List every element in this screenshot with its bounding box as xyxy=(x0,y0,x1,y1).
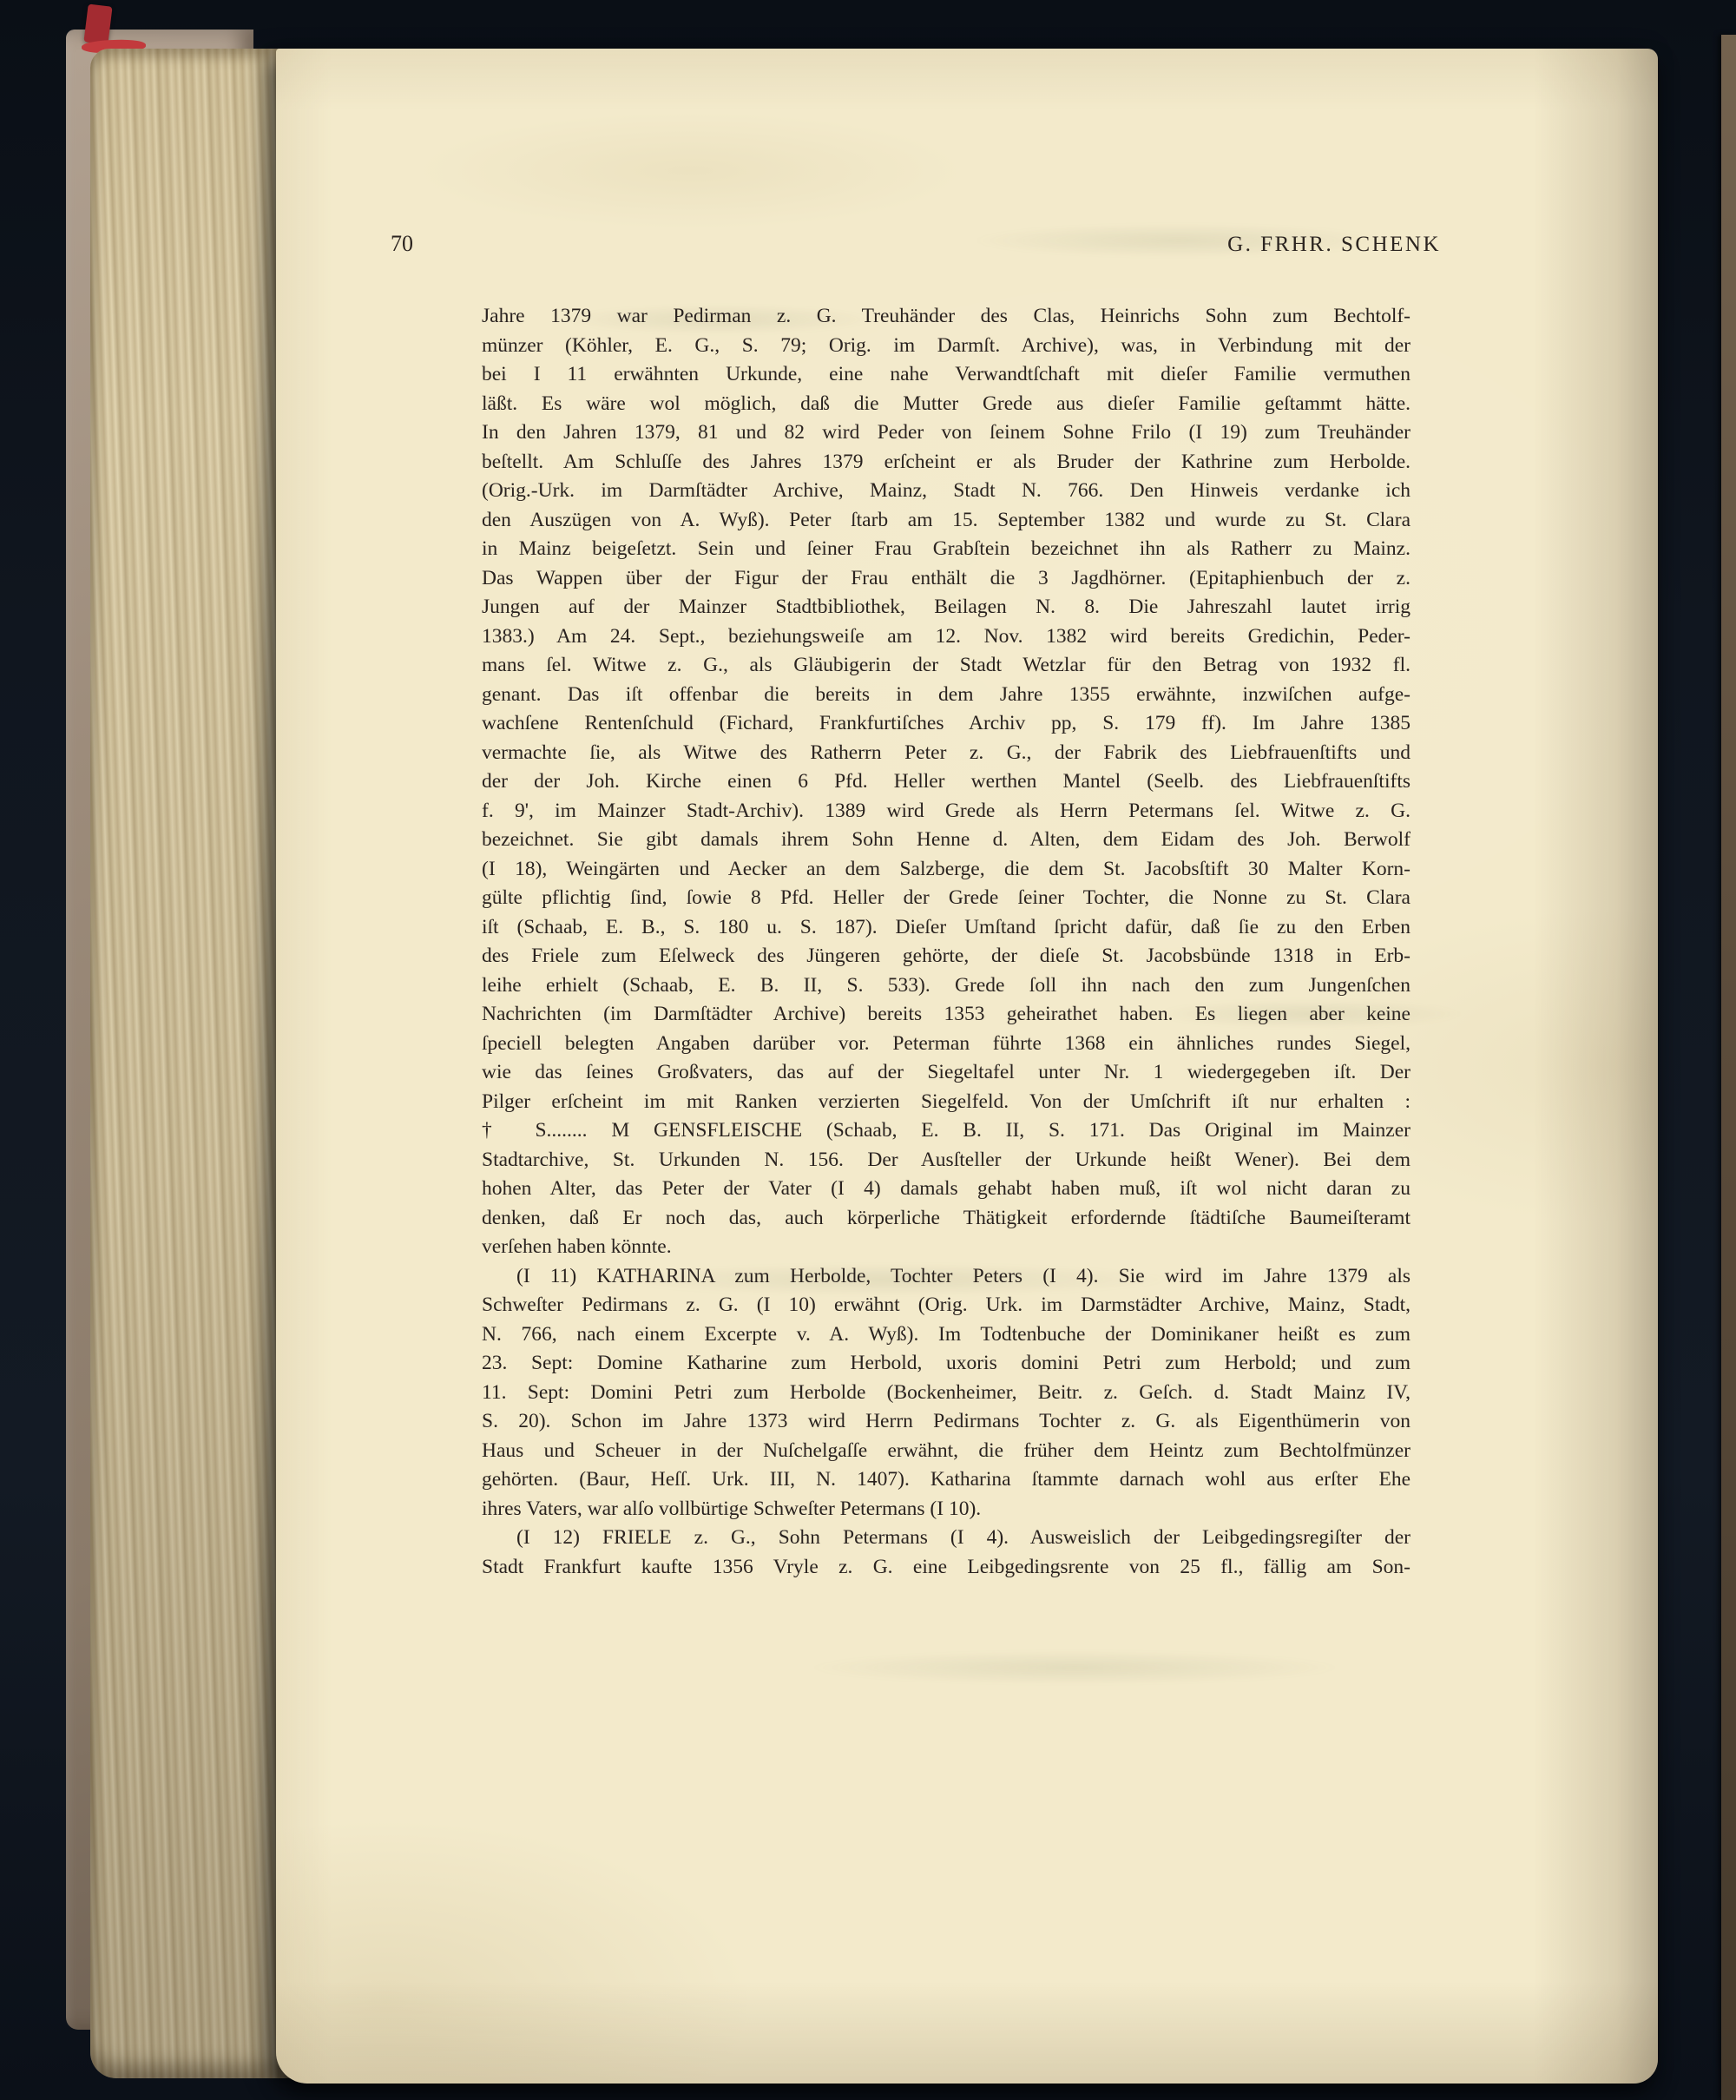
text-line: wie das ſeines Großvaters, das auf der S… xyxy=(482,1058,1410,1088)
red-page-edge-stain xyxy=(83,3,112,44)
facing-page-edge xyxy=(1721,35,1736,2100)
text-line: in Mainz beigeſetzt. Sein und ſeiner Fra… xyxy=(482,535,1410,564)
text-line: genant. Das iſt offenbar die bereits in … xyxy=(482,681,1410,710)
text-line: 1383.) Am 24. Sept., beziehungsweiſe am … xyxy=(482,622,1410,652)
text-line: des Friele zum Eſelweck des Jüngeren geh… xyxy=(482,942,1410,971)
text-line: wachſene Rentenſchuld (Fichard, Frankfur… xyxy=(482,709,1410,739)
text-line: der der Joh. Kirche einen 6 Pfd. Heller … xyxy=(482,767,1410,797)
text-line: 11. Sept: Domini Petri zum Herbolde (Boc… xyxy=(482,1379,1410,1408)
text-line: Pilger erſcheint im mit Ranken verzierte… xyxy=(482,1088,1410,1117)
text-line: ihres Vaters, war alſo vollbürtige Schwe… xyxy=(482,1495,1410,1524)
text-line: mans ſel. Witwe z. G., als Gläubigerin d… xyxy=(482,651,1410,681)
text-line: verſehen haben könnte. xyxy=(482,1233,1410,1262)
text-line: denken, daß Er noch das, auch körperlich… xyxy=(482,1204,1410,1234)
text-line: den Auszügen von A. Wyß). Peter ſtarb am… xyxy=(482,506,1410,536)
text-line: ſpeciell belegten Angaben darüber vor. P… xyxy=(482,1030,1410,1059)
page-number: 70 xyxy=(391,231,413,257)
text-line: N. 766, nach einem Excerpte v. A. Wyß). … xyxy=(482,1320,1410,1350)
book-page: 70 G. FRHR. SCHENK Jahre 1379 war Pedirm… xyxy=(276,49,1658,2084)
text-line: bezeichnet. Sie gibt damals ihrem Sohn H… xyxy=(482,826,1410,855)
text-line: bei I 11 erwähnten Urkunde, eine nahe Ve… xyxy=(482,360,1410,390)
text-line: Nachrichten (im Darmſtädter Archive) ber… xyxy=(482,1000,1410,1030)
text-line: gehörten. (Baur, Heſſ. Urk. III, N. 1407… xyxy=(482,1465,1410,1495)
text-line: Schweſter Pedirmans z. G. (I 10) erwähnt… xyxy=(482,1291,1410,1320)
text-line: iſt (Schaab, E. B., S. 180 u. S. 187). D… xyxy=(482,913,1410,943)
text-line: S. 20). Schon im Jahre 1373 wird Herrn P… xyxy=(482,1407,1410,1437)
text-line: † S........ M GENSFLEISCHE (Schaab, E. B… xyxy=(482,1116,1410,1146)
text-line: läßt. Es wäre wol möglich, daß die Mutte… xyxy=(482,390,1410,419)
text-line: leihe erhielt (Schaab, E. B. II, S. 533)… xyxy=(482,971,1410,1001)
text-line: In den Jahren 1379, 81 und 82 wird Peder… xyxy=(482,418,1410,448)
text-line: vermachte ſie, als Witwe des Ratherrn Pe… xyxy=(482,739,1410,768)
text-line: Jahre 1379 war Pedirman z. G. Treuhänder… xyxy=(482,302,1410,332)
running-title: G. FRHR. SCHENK xyxy=(1227,233,1441,257)
text-line: gülte pflichtig ſind, ſowie 8 Pfd. Helle… xyxy=(482,884,1410,913)
bleed-through-smudge xyxy=(762,1648,1387,1688)
text-line: Haus und Scheuer in der Nuſchelgaſſe erw… xyxy=(482,1437,1410,1466)
text-line: beſtellt. Am Schluſſe des Jahres 1379 er… xyxy=(482,448,1410,477)
text-line: Das Wappen über der Figur der Frau enthä… xyxy=(482,564,1410,594)
text-line: (I 12) FRIELE z. G., Sohn Petermans (I 4… xyxy=(482,1524,1410,1553)
text-column: Jahre 1379 war Pedirman z. G. Treuhänder… xyxy=(482,302,1410,1582)
photo-background: 70 G. FRHR. SCHENK Jahre 1379 war Pedirm… xyxy=(0,0,1736,2100)
text-line: münzer (Köhler, E. G., S. 79; Orig. im D… xyxy=(482,332,1410,361)
text-line: Jungen auf der Mainzer Stadtbibliothek, … xyxy=(482,593,1410,622)
text-line: hohen Alter, das Peter der Vater (I 4) d… xyxy=(482,1175,1410,1204)
text-line: Stadtarchive, St. Urkunden N. 156. Der A… xyxy=(482,1146,1410,1175)
text-line: f. 9', im Mainzer Stadt-Archiv). 1389 wi… xyxy=(482,797,1410,826)
text-line: (I 18), Weingärten und Aecker an dem Sal… xyxy=(482,855,1410,885)
text-line: Stadt Frankfurt kaufte 1356 Vryle z. G. … xyxy=(482,1553,1410,1583)
text-line: 23. Sept: Domine Katharine zum Herbold, … xyxy=(482,1349,1410,1379)
text-line: (I 11) KATHARINA zum Herbolde, Tochter P… xyxy=(482,1262,1410,1292)
text-line: (Orig.-Urk. im Darmſtädter Archive, Main… xyxy=(482,477,1410,506)
